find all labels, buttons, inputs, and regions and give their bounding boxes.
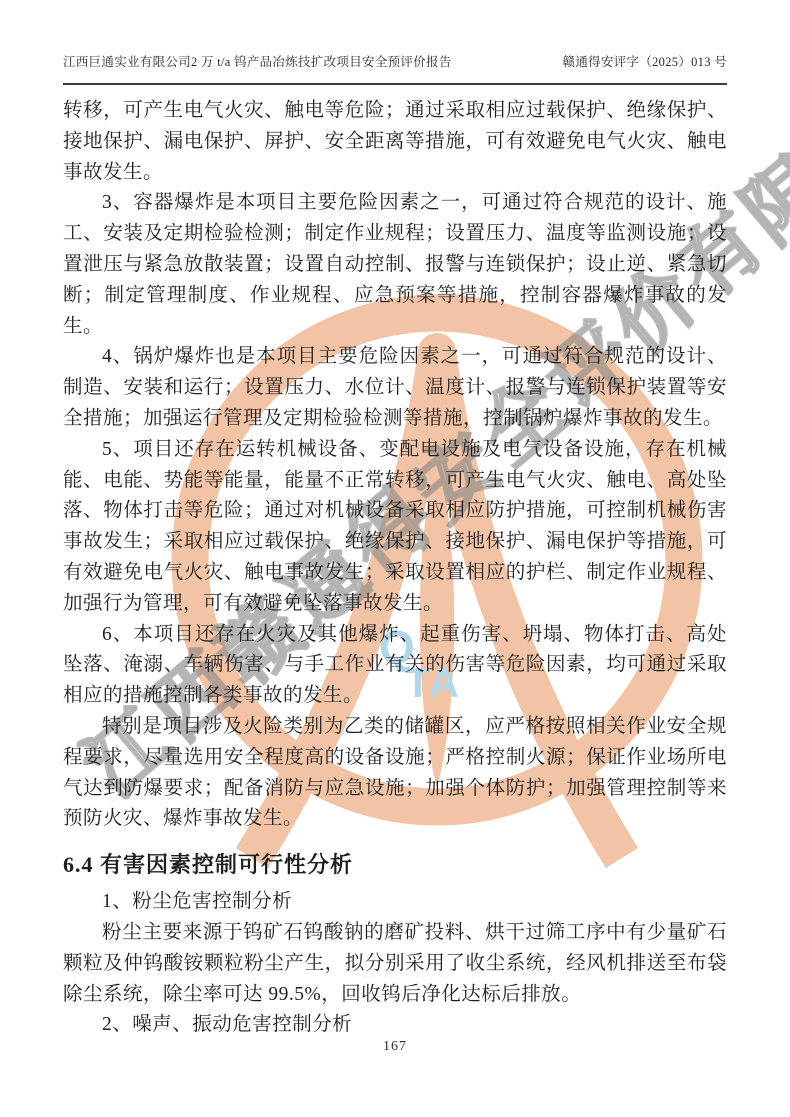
page-footer: 167 (0, 1039, 790, 1055)
page-header: 江西巨通实业有限公司2 万 t/a 钨产品冶炼技扩改项目安全预评价报告 赣通得安… (63, 52, 727, 85)
paragraph: 粉尘主要来源于钨矿石钨酸钠的磨矿投料、烘干过筛工序中有少量矿石颗粒及仲钨酸铵颗粒… (63, 918, 727, 1010)
header-document-number: 赣通得安评字（2025）013 号 (563, 52, 727, 70)
document-page: 江西赣通得安全评价有限公司 Q TA 江西巨通实业有限公司2 万 t/a 钨产品… (0, 0, 790, 1117)
header-report-title: 江西巨通实业有限公司2 万 t/a 钨产品冶炼技扩改项目安全预评价报告 (63, 52, 452, 70)
paragraph: 3、容器爆炸是本项目主要危险因素之一，可通过符合规范的设计、施工、安装及定期检验… (63, 188, 727, 342)
section-heading-6-4: 6.4 有害因素控制可行性分析 (63, 850, 727, 880)
paragraph: 6、本项目还存在火灾及其他爆炸、起重伤害、坍塌、物体打击、高处坠落、淹溺、车辆伤… (63, 620, 727, 712)
page-number: 167 (383, 1039, 407, 1054)
document-body: 转移，可产生电气火灾、触电等危险；通过采取相应过载保护、绝缘保护、接地保护、漏电… (63, 96, 727, 1041)
paragraph: 特别是项目涉及火险类别为乙类的储罐区，应严格按照相关作业安全规程要求，尽量选用安… (63, 712, 727, 835)
paragraph: 转移，可产生电气火灾、触电等危险；通过采取相应过载保护、绝缘保护、接地保护、漏电… (63, 96, 727, 188)
paragraph: 2、噪声、振动危害控制分析 (63, 1010, 727, 1041)
page-content: 江西巨通实业有限公司2 万 t/a 钨产品冶炼技扩改项目安全预评价报告 赣通得安… (0, 0, 790, 1117)
paragraph: 5、项目还存在运转机械设备、变配电设施及电气设备设施，存在机械能、电能、势能等能… (63, 435, 727, 620)
paragraph: 4、锅炉爆炸也是本项目主要危险因素之一，可通过符合规范的设计、制造、安装和运行；… (63, 342, 727, 434)
paragraph: 1、粉尘危害控制分析 (63, 887, 727, 918)
